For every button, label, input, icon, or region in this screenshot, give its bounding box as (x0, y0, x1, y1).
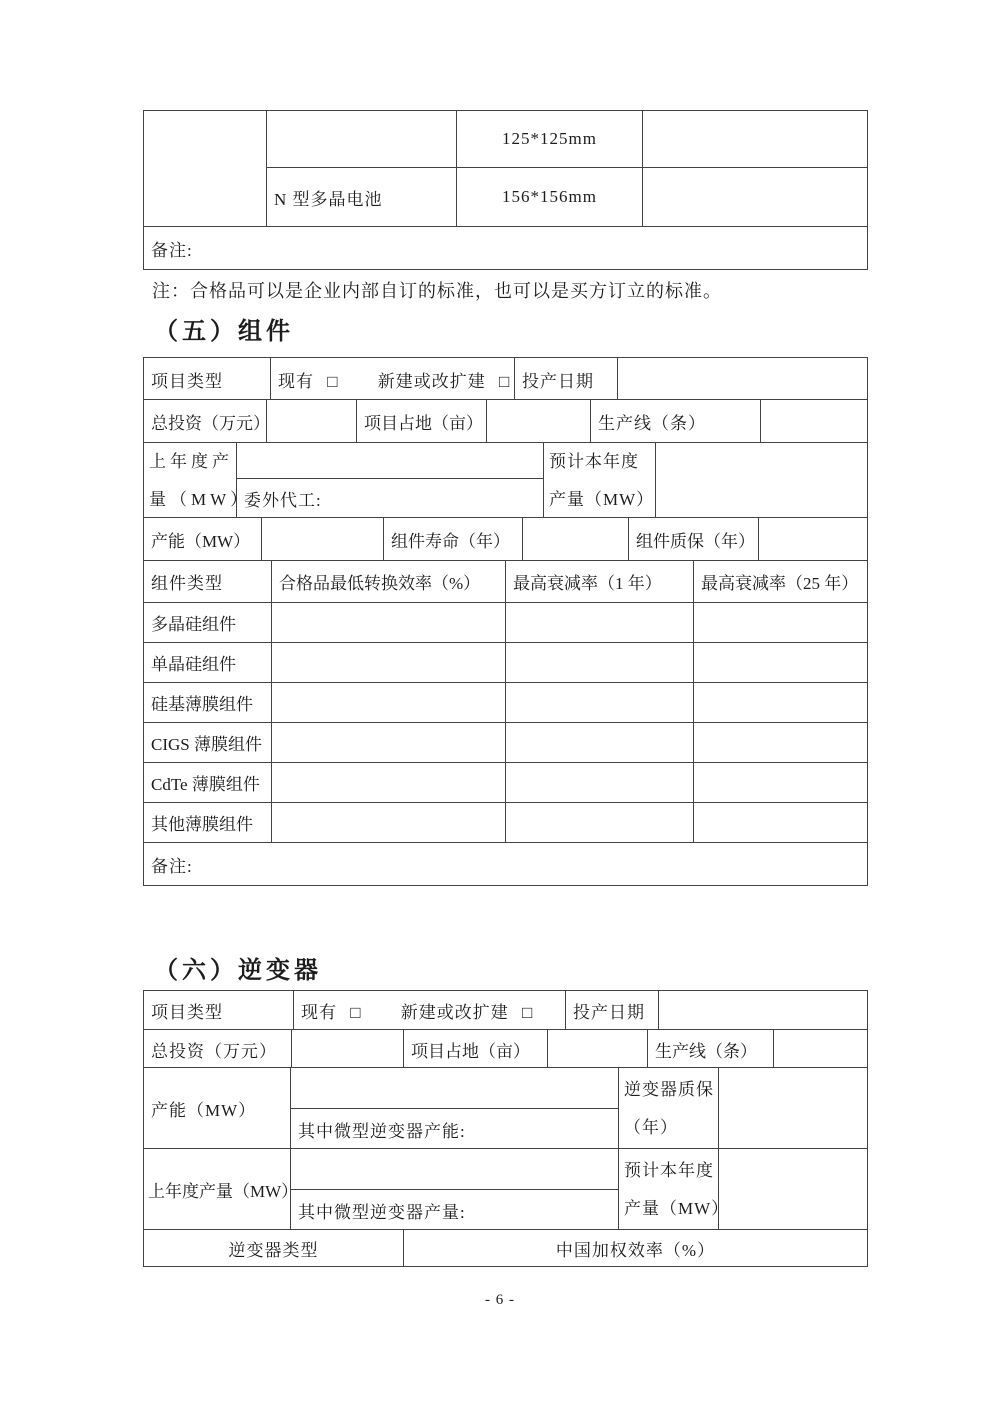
cell-blank (506, 643, 694, 683)
cell-production-date-label: 投产日期 (515, 358, 618, 401)
option-new-or-expanded-label: 新建或改扩建 (401, 1003, 509, 1022)
col-max-degradation-1y: 最高衰减率（1 年） (506, 561, 694, 603)
col-max-degradation-25y: 最高衰减率（25 年） (694, 561, 868, 603)
module-table-capacity-row: 产能（MW） 组件寿命（年） 组件质保（年） (143, 517, 868, 562)
option-existing-label: 现有 (301, 1003, 337, 1022)
cell-expected-output-label: 预计本年度 产量（MW） (544, 443, 656, 519)
inverter-table-output-rows: 上年度产量（MW） 预计本年度 产量（MW） 其中微型逆变器产量: (143, 1148, 868, 1231)
section-6-title: （六）逆变器 (154, 950, 322, 985)
cell-total-investment-label: 总投资（万元） (144, 1030, 292, 1069)
cell-blank (291, 1149, 619, 1190)
checkbox-new-or-expanded: □ (522, 1003, 533, 1022)
last-year-output-line2: 量（MW） (149, 481, 231, 518)
cell-blank (506, 723, 694, 763)
cell-blank (272, 803, 506, 843)
cell-module-warranty-label: 组件质保（年） (629, 518, 759, 562)
checkbox-new-or-expanded: □ (499, 372, 510, 391)
cell-blank (272, 683, 506, 723)
table-row: CIGS 薄膜组件 (144, 723, 868, 763)
table-row: 备注: (144, 843, 868, 886)
cell-blank (694, 603, 868, 643)
table-row: 总投资（万元） 项目占地（亩） 生产线（条） (144, 1030, 868, 1069)
table-row: 125*125mm (144, 111, 868, 168)
expected-output-line2: 产量（MW） (624, 1190, 713, 1227)
cell-blank (267, 400, 357, 444)
cell-blank (618, 358, 868, 401)
expected-output-line2: 产量（MW） (549, 481, 650, 518)
cell-remark: 备注: (144, 227, 868, 270)
cell-blank (272, 643, 506, 683)
cell-size-value: 156*156mm (457, 168, 643, 227)
cell-blank (659, 991, 868, 1031)
cell-blank (272, 723, 506, 763)
option-existing-label: 现有 (278, 372, 314, 391)
cell-blank (237, 443, 544, 479)
expected-output-line1: 预计本年度 (624, 1152, 713, 1189)
cell-project-type-label: 项目类型 (144, 991, 294, 1031)
cell-blank (523, 518, 629, 562)
cell-blank (272, 603, 506, 643)
cell-last-year-output-label: 上年度产 量（MW） (144, 443, 237, 519)
inverter-warranty-line2: （年） (624, 1109, 713, 1146)
table-row: 上年度产 量（MW） 预计本年度 产量（MW） (144, 443, 868, 479)
cell-project-land-label: 项目占地（亩） (357, 400, 487, 444)
cell-cell-type: N 型多晶电池 (267, 168, 457, 227)
cell-blank (694, 643, 868, 683)
cell-project-land-label: 项目占地（亩） (404, 1030, 548, 1069)
footnote-standard: 注：合格品可以是企业内部自订的标准，也可以是买方订立的标准。 (152, 277, 722, 303)
cell-blank (643, 111, 868, 168)
table-row: 项目类型 现有 □ 新建或改扩建 □ 投产日期 (144, 991, 868, 1031)
cell-blank (694, 723, 868, 763)
cell-blank (759, 518, 868, 562)
cell-oem-label: 委外代工: (237, 479, 544, 519)
module-type-matrix: 组件类型 合格品最低转换效率（%） 最高衰减率（1 年） 最高衰减率（25 年）… (143, 560, 868, 886)
section-5-title: （五）组件 (154, 311, 294, 346)
document-page: { "document": { "note": "注：合格品可以是企业内部自订的… (0, 0, 1000, 1414)
cell-inverter-warranty-label: 逆变器质保 （年） (619, 1068, 719, 1150)
col-china-weighted-efficiency: 中国加权效率（%） (404, 1230, 868, 1267)
table-row: 硅基薄膜组件 (144, 683, 868, 723)
inverter-warranty-line1: 逆变器质保 (624, 1071, 713, 1108)
table-row: 多晶硅组件 (144, 603, 868, 643)
cell-blank (262, 518, 384, 562)
cell-blank (506, 683, 694, 723)
cell-blank (292, 1030, 404, 1069)
cell-remark: 备注: (144, 843, 868, 886)
table-header-row: 逆变器类型 中国加权效率（%） (144, 1230, 868, 1267)
cell-blank (506, 763, 694, 803)
cell-module-type: 其他薄膜组件 (144, 803, 272, 843)
cell-micro-inverter-output-label: 其中微型逆变器产量: (291, 1190, 619, 1231)
cell-project-type-label: 项目类型 (144, 358, 271, 401)
cell-expected-output-label: 预计本年度 产量（MW） (619, 1149, 719, 1231)
cell-blank (719, 1149, 868, 1231)
cell-size-value: 125*125mm (457, 111, 643, 168)
cell-blank (719, 1068, 868, 1150)
cell-blank (774, 1030, 868, 1069)
cell-blank (656, 443, 868, 519)
cell-blank (643, 168, 868, 227)
col-module-type: 组件类型 (144, 561, 272, 603)
col-inverter-type: 逆变器类型 (144, 1230, 404, 1267)
cell-blank (506, 603, 694, 643)
cell-module-type: CdTe 薄膜组件 (144, 763, 272, 803)
cell-production-lines-label: 生产线（条） (648, 1030, 774, 1069)
table-row: 总投资（万元） 项目占地（亩） 生产线（条） (144, 400, 868, 444)
cell-last-year-output-label: 上年度产量（MW） (144, 1149, 291, 1231)
cell-blank (694, 803, 868, 843)
cell-micro-inverter-capacity-label: 其中微型逆变器产能: (291, 1109, 619, 1150)
col-min-efficiency: 合格品最低转换效率（%） (272, 561, 506, 603)
cell-blank (291, 1068, 619, 1109)
inverter-table-type-row: 逆变器类型 中国加权效率（%） (143, 1229, 868, 1267)
cell-blank (506, 803, 694, 843)
expected-output-line1: 预计本年度 (549, 443, 650, 480)
cell-capacity-label: 产能（MW） (144, 1068, 291, 1150)
cell-production-lines-label: 生产线（条） (591, 400, 761, 444)
module-table-row1: 项目类型 现有 □ 新建或改扩建 □ 投产日期 (143, 357, 868, 401)
cell-size-table: 125*125mm N 型多晶电池 156*156mm 备注: (143, 110, 868, 270)
inverter-table-row1: 项目类型 现有 □ 新建或改扩建 □ 投产日期 (143, 990, 868, 1031)
option-new-or-expanded-label: 新建或改扩建 (378, 372, 486, 391)
cell-blank (144, 111, 267, 227)
cell-blank (267, 111, 457, 168)
cell-project-type-options: 现有 □ 新建或改扩建 □ (294, 991, 566, 1031)
inverter-table-row2: 总投资（万元） 项目占地（亩） 生产线（条） (143, 1029, 868, 1069)
cell-module-type: 单晶硅组件 (144, 643, 272, 683)
cell-project-type-options: 现有 □ 新建或改扩建 □ (271, 358, 515, 401)
cell-total-investment-label: 总投资（万元） (144, 400, 267, 444)
table-row: 项目类型 现有 □ 新建或改扩建 □ 投产日期 (144, 358, 868, 401)
cell-blank (272, 763, 506, 803)
checkbox-existing: □ (350, 1003, 361, 1022)
table-row: 备注: (144, 227, 868, 270)
cell-blank (487, 400, 591, 444)
cell-production-date-label: 投产日期 (566, 991, 659, 1031)
table-header-row: 组件类型 合格品最低转换效率（%） 最高衰减率（1 年） 最高衰减率（25 年） (144, 561, 868, 603)
cell-module-type: 硅基薄膜组件 (144, 683, 272, 723)
checkbox-existing: □ (327, 372, 338, 391)
cell-capacity-label: 产能（MW） (144, 518, 262, 562)
cell-module-type: CIGS 薄膜组件 (144, 723, 272, 763)
table-row: 单晶硅组件 (144, 643, 868, 683)
last-year-output-line1: 上年度产 (149, 443, 231, 480)
inverter-table-capacity-rows: 产能（MW） 逆变器质保 （年） 其中微型逆变器产能: (143, 1067, 868, 1150)
cell-blank (548, 1030, 648, 1069)
cell-blank (761, 400, 868, 444)
table-row: 上年度产量（MW） 预计本年度 产量（MW） (144, 1149, 868, 1190)
module-table-output-rows: 上年度产 量（MW） 预计本年度 产量（MW） 委外代工: (143, 442, 868, 519)
module-table-row2: 总投资（万元） 项目占地（亩） 生产线（条） (143, 399, 868, 444)
cell-blank (694, 763, 868, 803)
page-number: - 6 - (0, 1292, 1000, 1309)
cell-blank (694, 683, 868, 723)
table-row: 产能（MW） 组件寿命（年） 组件质保（年） (144, 518, 868, 562)
cell-module-life-label: 组件寿命（年） (384, 518, 523, 562)
table-row: 产能（MW） 逆变器质保 （年） (144, 1068, 868, 1109)
cell-module-type: 多晶硅组件 (144, 603, 272, 643)
table-row: CdTe 薄膜组件 (144, 763, 868, 803)
table-row: 其他薄膜组件 (144, 803, 868, 843)
